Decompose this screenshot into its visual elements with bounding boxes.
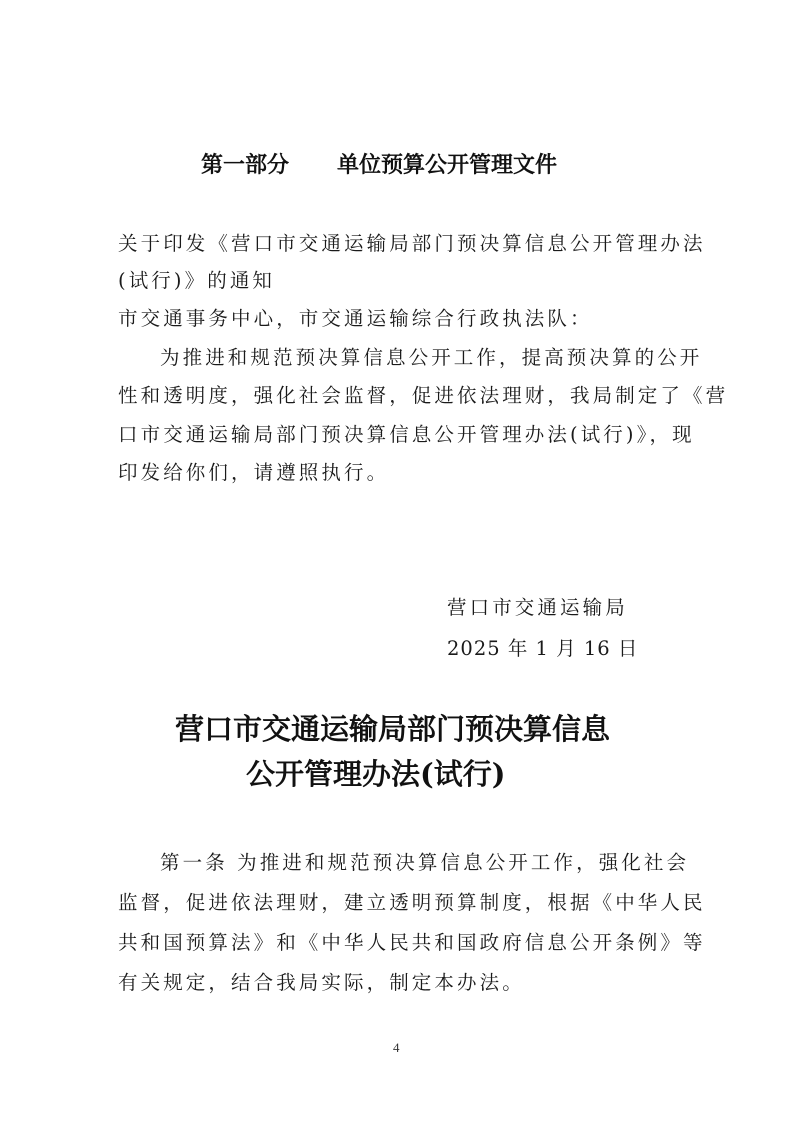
part-label: 第一部分 bbox=[201, 153, 289, 178]
document-page: 第一部分单位预算公开管理文件 关于印发《营口市交通运输局部门预决算信息公开管理办… bbox=[0, 0, 793, 1122]
page-number: 4 bbox=[393, 1040, 400, 1056]
notice-body-line: 性和透明度，强化社会监督，促进依法理财，我局制定了《营 bbox=[118, 380, 728, 408]
part-heading: 第一部分单位预算公开管理文件 bbox=[201, 148, 557, 179]
article-1-line: 第一条 为推进和规范预决算信息公开工作，强化社会 bbox=[160, 847, 689, 875]
measures-title-line-2: 公开管理办法(试行) bbox=[246, 752, 505, 793]
article-1-line: 有关规定，结合我局实际，制定本办法。 bbox=[118, 967, 525, 995]
article-1-line: 监督，促进依法理财，建立透明预算制度，根据《中华人民 bbox=[118, 887, 706, 915]
part-title: 单位预算公开管理文件 bbox=[337, 153, 557, 178]
notice-recipients: 市交通事务中心，市交通运输综合行政执法队： bbox=[118, 303, 593, 331]
notice-title-line-2: (试行)》的通知 bbox=[118, 265, 275, 293]
measures-title-line-1: 营口市交通运输局部门预决算信息 bbox=[175, 707, 610, 748]
signature-organization: 营口市交通运输局 bbox=[447, 592, 628, 620]
signature-date: 2025 年 1 月 16 日 bbox=[447, 633, 638, 661]
notice-body-line: 印发给你们，请遵照执行。 bbox=[118, 457, 389, 485]
notice-title-line-1: 关于印发《营口市交通运输局部门预决算信息公开管理办法 bbox=[118, 228, 706, 256]
article-1-line: 共和国预算法》和《中华人民共和国政府信息公开条例》等 bbox=[118, 927, 706, 955]
notice-body-line: 为推进和规范预决算信息公开工作，提高预决算的公开 bbox=[160, 342, 702, 370]
notice-body-line: 口市交通运输局部门预决算信息公开管理办法(试行)》，现 bbox=[118, 419, 695, 447]
